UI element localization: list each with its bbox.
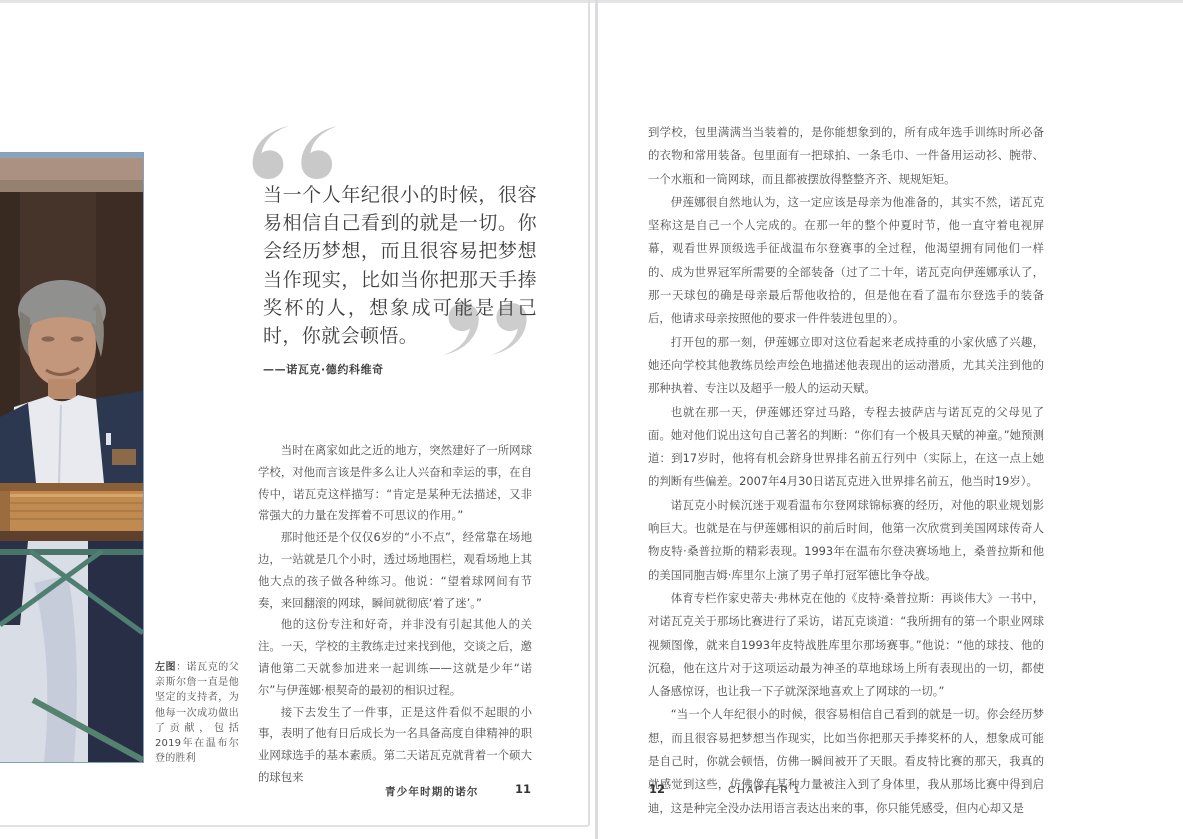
page-top-edge-line — [0, 0, 1183, 3]
right-body-text: 到学校，包里满满当当装着的，是你能想象到的，所有成年选手训练时所必备的衣物和常用… — [648, 121, 1044, 820]
paragraph: 也就在那一天，伊莲娜还穿过马路，专程去披萨店与诺瓦克的父母见了面。她对他们说出这… — [648, 401, 1044, 494]
pull-quote: 当一个人年纪很小的时候，很容易相信自己看到的就是一切。你会经历梦想，而且很容易把… — [263, 181, 537, 350]
footer-chapter-label: CHAPTER 1 — [728, 784, 801, 796]
paragraph: 当时在离家如此之近的地方，突然建好了一所网球学校，对他而言该是件多么让人兴奋和幸… — [258, 440, 532, 527]
book-spread: 左图：诺瓦克的父亲斯尔詹一直是他坚定的支持者，为他每一次成功做出了贡献，包括20… — [0, 0, 1183, 839]
footer-section-title: 青少年时期的诺尔 — [385, 784, 479, 799]
photo-caption: 左图：诺瓦克的父亲斯尔詹一直是他坚定的支持者，为他每一次成功做出了贡献，包括20… — [155, 660, 239, 766]
page-gutter-line-right — [595, 0, 598, 839]
photo-caption-label: 左图 — [155, 662, 176, 673]
open-quote-icon — [248, 126, 342, 179]
father-photo — [0, 153, 143, 762]
paragraph: 诺瓦克小时候沉迷于观看温布尔登网球锦标赛的经历，对他的职业规划影响巨大。也就是在… — [648, 494, 1044, 587]
paragraph: 体育专栏作家史蒂夫·弗林克在他的《皮特·桑普拉斯：再谈伟大》一书中，对诺瓦克关于… — [648, 587, 1044, 703]
footer-page-number-left: 11 — [515, 782, 531, 796]
paragraph: “当一个人年纪很小的时候，很容易相信自己看到的就是一切。你会经历梦想，而且很容易… — [648, 703, 1044, 819]
paragraph: 打开包的那一刻，伊莲娜立即对这位看起来老成持重的小家伙感了兴趣，她还向学校其他教… — [648, 331, 1044, 401]
paragraph: 那时他还是个仅仅6岁的“小不点”，经常靠在场地边，一站就是几个小时，透过场地围栏… — [258, 527, 532, 614]
paragraph: 伊莲娜很自然地认为，这一定应该是母亲为他准备的，其实不然，诺瓦克坚称这是自己一个… — [648, 191, 1044, 331]
father-photo-illustration — [0, 153, 143, 762]
left-body-text: 当时在离家如此之近的地方，突然建好了一所网球学校，对他而言该是件多么让人兴奋和幸… — [258, 440, 532, 789]
footer-page-number-right: 12 — [649, 782, 665, 796]
quote-attribution: ——诺瓦克·德约科维奇 — [263, 361, 384, 377]
paragraph: 到学校，包里满满当当装着的，是你能想象到的，所有成年选手训练时所必备的衣物和常用… — [648, 121, 1044, 191]
paragraph: 他的这份专注和好奇，并非没有引起其他人的关注。一天，学校的主教练走过来找到他，交… — [258, 614, 532, 701]
photo-caption-text: ：诺瓦克的父亲斯尔詹一直是他坚定的支持者，为他每一次成功做出了贡献，包括2019… — [155, 662, 239, 764]
paragraph: 接下去发生了一件事，正是这件看似不起眼的小事，表明了他有日后成长为一名具备高度自… — [258, 702, 532, 789]
left-page-bottom-edge-line — [0, 825, 588, 827]
page-gutter-line-left — [588, 0, 590, 826]
